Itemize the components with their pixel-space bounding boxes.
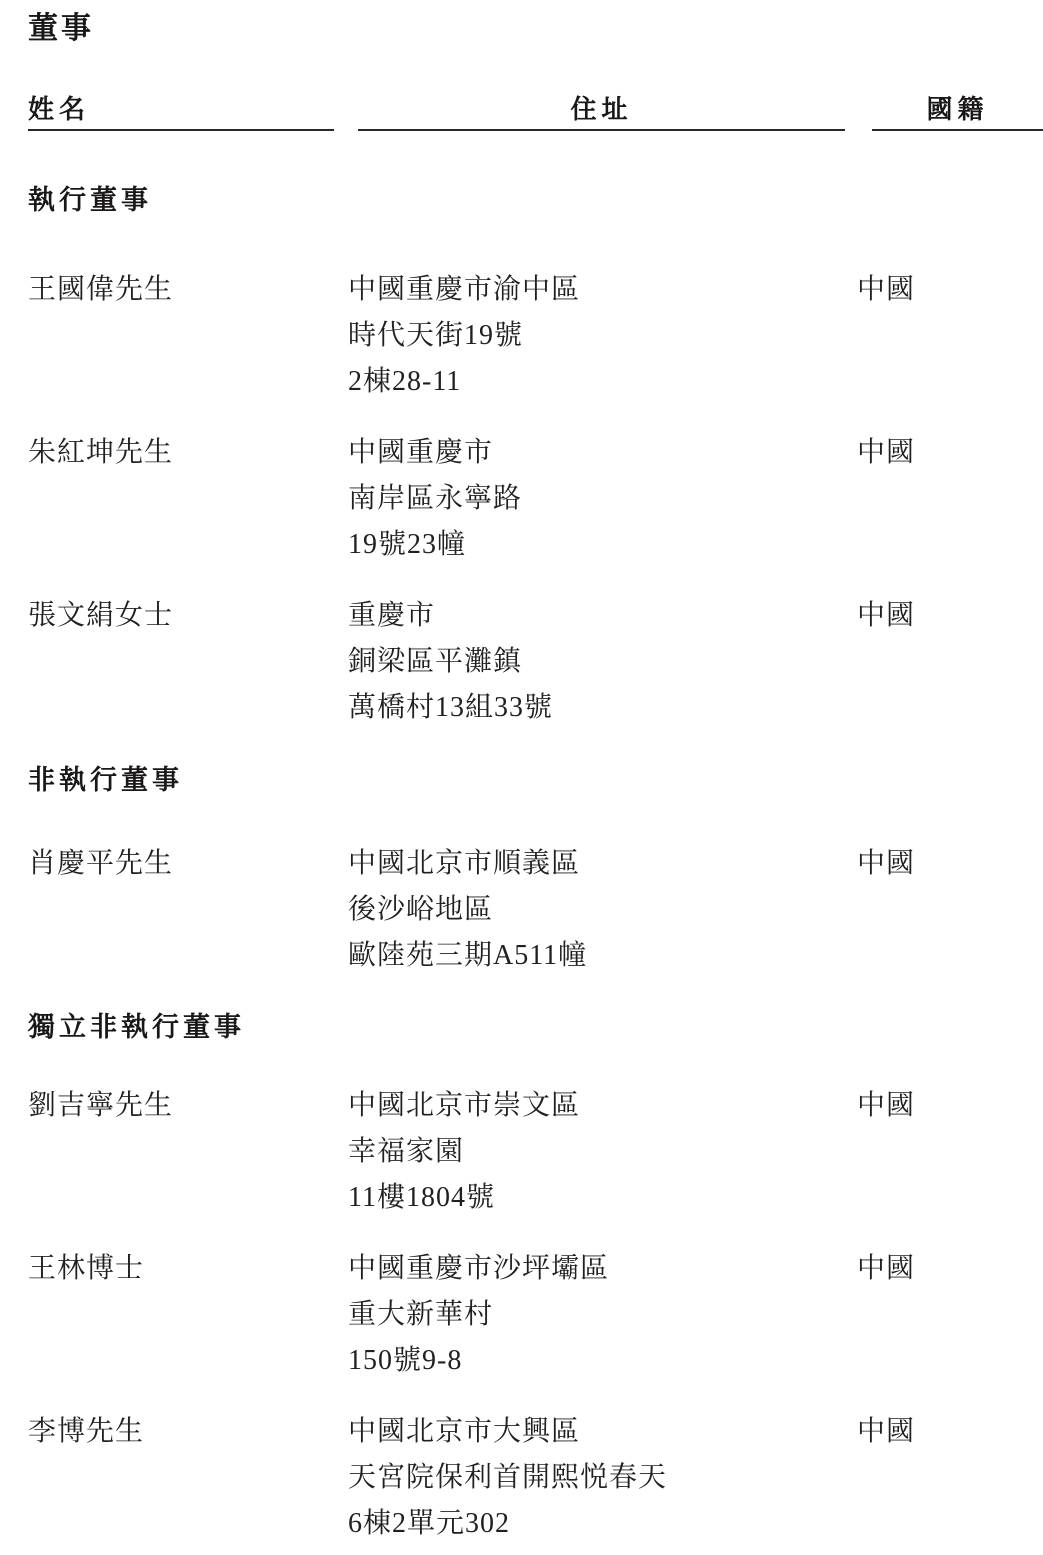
- address-line: 重大新華村: [348, 1292, 857, 1338]
- director-address: 中國北京市順義區 後沙峪地區 歐陸苑三期A511幢: [348, 841, 857, 979]
- director-nationality: 中國: [857, 593, 1043, 731]
- address-line: 中國北京市順義區: [348, 841, 857, 887]
- column-header-nationality: 國籍: [872, 94, 1043, 124]
- header-underline-address: [358, 129, 845, 131]
- director-row: 王林博士 中國重慶市沙坪壩區 重大新華村 150號9-8 中國: [0, 1246, 1043, 1384]
- director-address: 重慶市 銅梁區平灘鎮 萬橋村13組33號: [348, 593, 857, 731]
- director-name: 張文絹女士: [28, 593, 348, 731]
- address-line: 幸福家園: [348, 1129, 857, 1175]
- director-nationality: 中國: [857, 841, 1043, 979]
- director-address: 中國北京市大興區 天宮院保利首開熙悦春天 6棟2單元302: [348, 1409, 857, 1547]
- section-heading-non-executive-directors: 非執行董事: [28, 765, 1043, 795]
- director-address: 中國北京市崇文區 幸福家園 11樓1804號: [348, 1083, 857, 1221]
- page-title: 董事: [28, 12, 1043, 46]
- director-address: 中國重慶市沙坪壩區 重大新華村 150號9-8: [348, 1246, 857, 1384]
- director-row: 肖慶平先生 中國北京市順義區 後沙峪地區 歐陸苑三期A511幢 中國: [0, 841, 1043, 979]
- address-line: 天宮院保利首開熙悦春天: [348, 1455, 857, 1501]
- address-line: 11樓1804號: [348, 1175, 857, 1221]
- address-line: 中國北京市大興區: [348, 1409, 857, 1455]
- header-underline-nationality: [872, 129, 1043, 131]
- director-nationality: 中國: [857, 267, 1043, 405]
- address-line: 銅梁區平灘鎮: [348, 639, 857, 685]
- address-line: 2棟28-11: [348, 359, 857, 405]
- address-line: 歐陸苑三期A511幢: [348, 933, 857, 979]
- directors-page: 董事 姓名 住址 國籍 執行董事 王國偉先生 中國重慶市渝中區 時代天街19號 …: [0, 0, 1043, 1555]
- header-underline-name: [28, 129, 334, 131]
- director-address: 中國重慶市渝中區 時代天街19號 2棟28-11: [348, 267, 857, 405]
- director-name: 肖慶平先生: [28, 841, 348, 979]
- address-line: 中國重慶市: [348, 430, 857, 476]
- column-header-name: 姓名: [28, 94, 90, 124]
- section-heading-executive-directors: 執行董事: [28, 185, 1043, 215]
- address-line: 中國重慶市沙坪壩區: [348, 1246, 857, 1292]
- director-nationality: 中國: [857, 430, 1043, 568]
- address-line: 南岸區永寧路: [348, 476, 857, 522]
- column-header-address: 住址: [358, 94, 845, 124]
- director-nationality: 中國: [857, 1083, 1043, 1221]
- director-name: 王國偉先生: [28, 267, 348, 405]
- address-line: 6棟2單元302: [348, 1501, 857, 1547]
- director-row: 李博先生 中國北京市大興區 天宮院保利首開熙悦春天 6棟2單元302 中國: [0, 1409, 1043, 1547]
- address-line: 150號9-8: [348, 1338, 857, 1384]
- address-line: 中國重慶市渝中區: [348, 267, 857, 313]
- director-nationality: 中國: [857, 1409, 1043, 1547]
- director-nationality: 中國: [857, 1246, 1043, 1384]
- director-row: 劉吉寧先生 中國北京市崇文區 幸福家園 11樓1804號 中國: [0, 1083, 1043, 1221]
- director-address: 中國重慶市 南岸區永寧路 19號23幢: [348, 430, 857, 568]
- address-line: 重慶市: [348, 593, 857, 639]
- director-row: 張文絹女士 重慶市 銅梁區平灘鎮 萬橋村13組33號 中國: [0, 593, 1043, 731]
- director-name: 劉吉寧先生: [28, 1083, 348, 1221]
- director-name: 王林博士: [28, 1246, 348, 1384]
- address-line: 中國北京市崇文區: [348, 1083, 857, 1129]
- address-line: 19號23幢: [348, 522, 857, 568]
- address-line: 後沙峪地區: [348, 887, 857, 933]
- director-row: 朱紅坤先生 中國重慶市 南岸區永寧路 19號23幢 中國: [0, 430, 1043, 568]
- director-name: 李博先生: [28, 1409, 348, 1547]
- address-line: 萬橋村13組33號: [348, 685, 857, 731]
- director-name: 朱紅坤先生: [28, 430, 348, 568]
- section-heading-independent-non-executive-directors: 獨立非執行董事: [28, 1012, 1043, 1042]
- address-line: 時代天街19號: [348, 313, 857, 359]
- table-header: 姓名 住址 國籍: [0, 92, 1043, 134]
- director-row: 王國偉先生 中國重慶市渝中區 時代天街19號 2棟28-11 中國: [0, 267, 1043, 405]
